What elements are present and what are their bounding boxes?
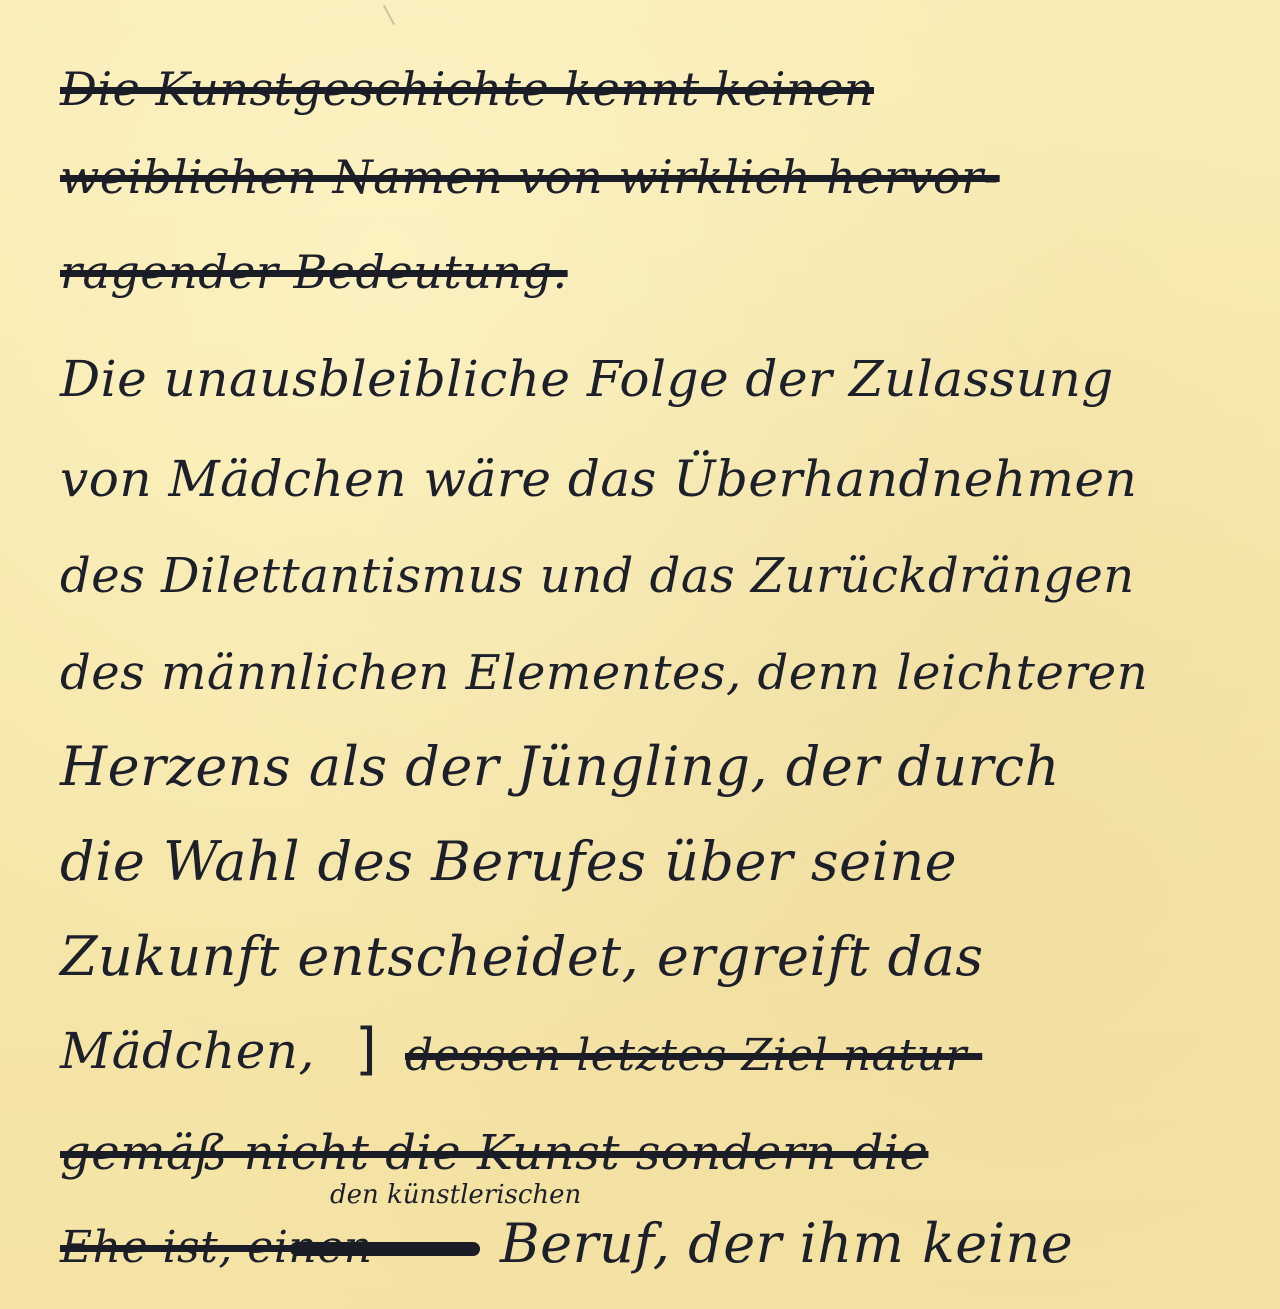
line-text: des männlichen Elementes, denn leichtere… [60, 645, 1148, 701]
manuscript-line-4: Die unausbleibliche Folge der Zulassung [60, 350, 1114, 408]
inserted-correction: den künstlerischen [330, 1180, 581, 1210]
line-text: Herzens als der Jüngling, der durch [60, 735, 1060, 798]
manuscript-line-11: Mädchen, [60, 1022, 315, 1080]
manuscript-line-10: Zukunft entscheidet, ergreift das [60, 925, 984, 988]
line-text: Die unausbleibliche Folge der Zulassung [60, 350, 1114, 408]
line-text: die Wahl des Berufes über seine [60, 830, 957, 893]
manuscript-line-13-continuation: Beruf, der ihm keine [500, 1212, 1073, 1275]
line-text: des Dilettantismus und das Zurückdrängen [60, 548, 1135, 604]
manuscript-line-2: weiblichen Namen von wirklich hervor- [60, 150, 1000, 204]
manuscript-line-6: des Dilettantismus und das Zurückdrängen [60, 548, 1135, 604]
manuscript-line-1: Die Kunstgeschichte kennt keinen [60, 62, 874, 116]
manuscript-line-9: die Wahl des Berufes über seine [60, 830, 957, 893]
struck-text: ragender Bedeutung. [60, 245, 568, 299]
line-text: Zukunft entscheidet, ergreift das [60, 925, 984, 988]
struck-text: gemäß nicht die Kunst sondern die [60, 1125, 928, 1181]
struck-text: weiblichen Namen von wirklich hervor- [60, 150, 1000, 204]
manuscript-line-11-continuation: dessen letztes Ziel natur- [405, 1030, 982, 1081]
manuscript-line-3: ragender Bedeutung. [60, 245, 568, 299]
struck-text: dessen letztes Ziel natur- [405, 1030, 982, 1081]
manuscript-line-8: Herzens als der Jüngling, der durch [60, 735, 1060, 798]
line-text: von Mädchen wäre das Überhandnehmen [60, 450, 1137, 508]
ink-blot [290, 1242, 480, 1256]
struck-text: Die Kunstgeschichte kennt keinen [60, 62, 874, 116]
line-text: Beruf, der ihm keine [500, 1212, 1073, 1275]
bracket-mark: ] [355, 1022, 377, 1078]
manuscript-line-5: von Mädchen wäre das Überhandnehmen [60, 450, 1137, 508]
manuscript-line-7: des männlichen Elementes, denn leichtere… [60, 645, 1148, 701]
line-text: Mädchen, [60, 1022, 315, 1080]
manuscript-line-12: gemäß nicht die Kunst sondern die [60, 1125, 928, 1181]
